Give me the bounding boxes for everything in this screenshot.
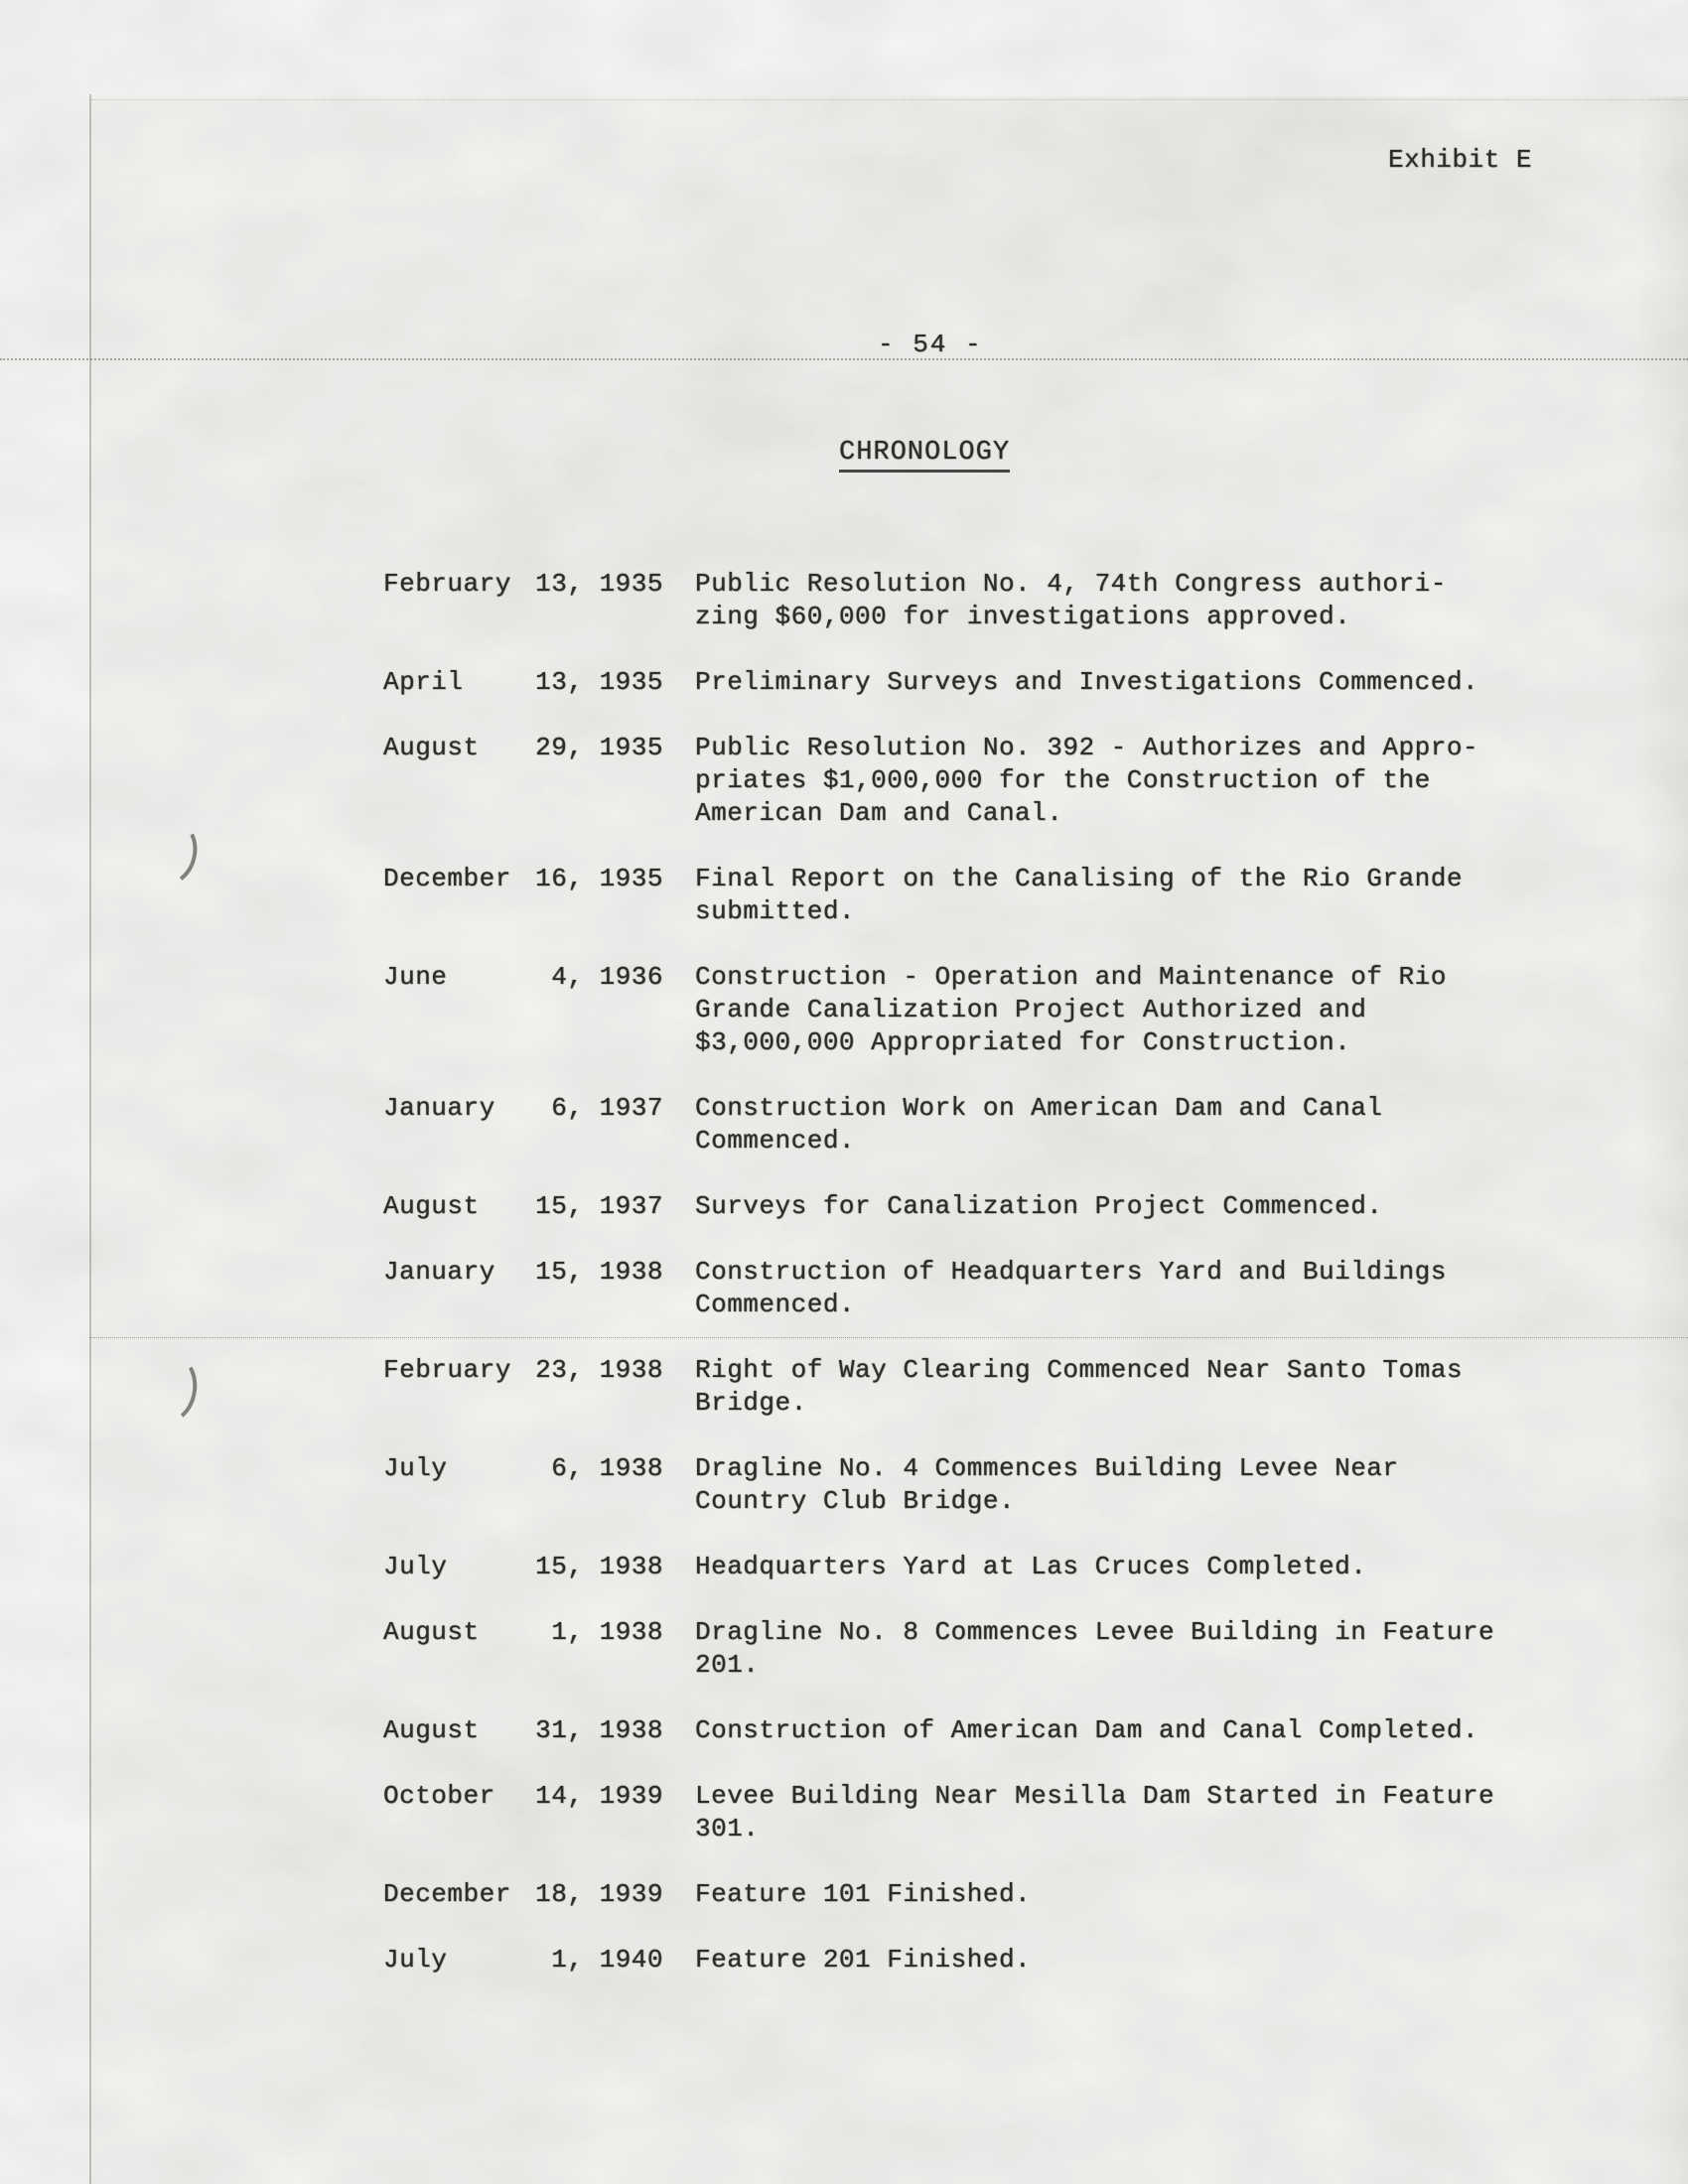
entry-day-year: 6, 1937: [532, 1092, 663, 1158]
entry-month: June: [383, 961, 532, 1059]
entry-month: April: [383, 666, 532, 699]
page-number: - 54 -: [878, 330, 983, 359]
entry-description-line: Construction of American Dam and Canal C…: [695, 1714, 1555, 1747]
entry-day-year: 18, 1939: [532, 1878, 663, 1911]
entry-day-year: 13, 1935: [532, 666, 663, 699]
entry-description: Levee Building Near Mesilla Dam Started …: [663, 1780, 1555, 1845]
entry-month: December: [383, 1878, 532, 1911]
entry-description-line: Feature 101 Finished.: [695, 1878, 1555, 1911]
entry-description-line: Construction of Headquarters Yard and Bu…: [695, 1256, 1555, 1289]
entry-description-line: Levee Building Near Mesilla Dam Started …: [695, 1780, 1555, 1813]
entry-description-line: priates $1,000,000 for the Construction …: [695, 764, 1555, 797]
entry-day-year: 29, 1935: [532, 732, 663, 830]
chronology-entry: October 14, 1939 Levee Building Near Mes…: [383, 1780, 1555, 1845]
punch-mark-top: [138, 815, 204, 891]
entry-month: February: [383, 568, 532, 633]
chronology-entry: July 1, 1940 Feature 201 Finished.: [383, 1944, 1555, 1977]
entry-day-year: 4, 1936: [532, 961, 663, 1059]
entry-day-year: 15, 1938: [532, 1256, 663, 1321]
entry-month: October: [383, 1780, 532, 1845]
entry-month: August: [383, 1714, 532, 1747]
chronology-entry: February 23, 1938 Right of Way Clearing …: [383, 1354, 1555, 1420]
entry-description-line: Construction - Operation and Maintenance…: [695, 961, 1555, 994]
entry-description-line: Public Resolution No. 4, 74th Congress a…: [695, 568, 1555, 601]
entry-description-line: 201.: [695, 1649, 1555, 1682]
entry-description-line: Surveys for Canalization Project Commenc…: [695, 1190, 1555, 1223]
page-title: CHRONOLOGY: [839, 438, 1010, 473]
chronology-entry: August 29, 1935 Public Resolution No. 39…: [383, 732, 1555, 830]
entry-description-line: Headquarters Yard at Las Cruces Complete…: [695, 1551, 1555, 1583]
entry-month: August: [383, 1616, 532, 1682]
entry-month: February: [383, 1354, 532, 1420]
entry-description-line: submitted.: [695, 895, 1555, 928]
entry-description: Feature 201 Finished.: [663, 1944, 1555, 1977]
entry-description-line: American Dam and Canal.: [695, 797, 1555, 830]
chronology-list: February 13, 1935 Public Resolution No. …: [383, 568, 1555, 2009]
chronology-entry: June 4, 1936 Construction - Operation an…: [383, 961, 1555, 1059]
entry-description-line: Public Resolution No. 392 - Authorizes a…: [695, 732, 1555, 764]
entry-day-year: 13, 1935: [532, 568, 663, 633]
entry-description: Public Resolution No. 4, 74th Congress a…: [663, 568, 1555, 633]
left-margin-line: [89, 94, 91, 2184]
scan-line-top: [91, 99, 1688, 100]
entry-day-year: 15, 1938: [532, 1551, 663, 1583]
scan-top-margin: [0, 0, 1688, 96]
entry-description: Final Report on the Canalising of the Ri…: [663, 863, 1555, 928]
entry-day-year: 1, 1938: [532, 1616, 663, 1682]
entry-description-line: Country Club Bridge.: [695, 1485, 1555, 1518]
entry-description: Construction Work on American Dam and Ca…: [663, 1092, 1555, 1158]
entry-description: Construction of American Dam and Canal C…: [663, 1714, 1555, 1747]
chronology-entry: December 16, 1935 Final Report on the Ca…: [383, 863, 1555, 928]
entry-day-year: 6, 1938: [532, 1452, 663, 1518]
entry-description-line: Commenced.: [695, 1289, 1555, 1321]
entry-month: July: [383, 1551, 532, 1583]
entry-description: Dragline No. 4 Commences Building Levee …: [663, 1452, 1555, 1518]
scan-left-margin: [0, 0, 89, 2184]
chronology-entry: April 13, 1935 Preliminary Surveys and I…: [383, 666, 1555, 699]
chronology-entry: December 18, 1939 Feature 101 Finished.: [383, 1878, 1555, 1911]
entry-description: Construction - Operation and Maintenance…: [663, 961, 1555, 1059]
entry-description-line: Right of Way Clearing Commenced Near San…: [695, 1354, 1555, 1387]
entry-description: Right of Way Clearing Commenced Near San…: [663, 1354, 1555, 1420]
entry-description: Feature 101 Finished.: [663, 1878, 1555, 1911]
entry-description-line: zing $60,000 for investigations approved…: [695, 601, 1555, 633]
entry-month: January: [383, 1092, 532, 1158]
entry-month: July: [383, 1944, 532, 1977]
chronology-entry: July 6, 1938 Dragline No. 4 Commences Bu…: [383, 1452, 1555, 1518]
entry-description: Surveys for Canalization Project Commenc…: [663, 1190, 1555, 1223]
entry-month: August: [383, 1190, 532, 1223]
entry-description-line: Dragline No. 4 Commences Building Levee …: [695, 1452, 1555, 1485]
entry-day-year: 31, 1938: [532, 1714, 663, 1747]
entry-month: December: [383, 863, 532, 928]
entry-day-year: 15, 1937: [532, 1190, 663, 1223]
entry-description: Headquarters Yard at Las Cruces Complete…: [663, 1551, 1555, 1583]
chronology-entry: February 13, 1935 Public Resolution No. …: [383, 568, 1555, 633]
scanned-page: Exhibit E - 54 - CHRONOLOGY February 13,…: [0, 0, 1688, 2184]
entry-description-line: Commenced.: [695, 1125, 1555, 1158]
entry-day-year: 16, 1935: [532, 863, 663, 928]
entry-description: Preliminary Surveys and Investigations C…: [663, 666, 1555, 699]
entry-description: Construction of Headquarters Yard and Bu…: [663, 1256, 1555, 1321]
entry-month: January: [383, 1256, 532, 1321]
entry-month: July: [383, 1452, 532, 1518]
punch-mark-bottom: [137, 1350, 202, 1428]
entry-description-line: Bridge.: [695, 1387, 1555, 1420]
entry-day-year: 1, 1940: [532, 1944, 663, 1977]
chronology-entry: July 15, 1938 Headquarters Yard at Las C…: [383, 1551, 1555, 1583]
entry-description-line: Construction Work on American Dam and Ca…: [695, 1092, 1555, 1125]
entry-day-year: 23, 1938: [532, 1354, 663, 1420]
entry-description-line: Final Report on the Canalising of the Ri…: [695, 863, 1555, 895]
chronology-entry: January 6, 1937 Construction Work on Ame…: [383, 1092, 1555, 1158]
scan-line-below-page-number: [0, 358, 1688, 360]
chronology-entry: August 31, 1938 Construction of American…: [383, 1714, 1555, 1747]
exhibit-label: Exhibit E: [1388, 145, 1532, 175]
chronology-entry: January 15, 1938 Construction of Headqua…: [383, 1256, 1555, 1321]
entry-description: Public Resolution No. 392 - Authorizes a…: [663, 732, 1555, 830]
entry-description-line: $3,000,000 Appropriated for Construction…: [695, 1026, 1555, 1059]
entry-description-line: Dragline No. 8 Commences Levee Building …: [695, 1616, 1555, 1649]
chronology-entry: August 15, 1937 Surveys for Canalization…: [383, 1190, 1555, 1223]
entry-description-line: Preliminary Surveys and Investigations C…: [695, 666, 1555, 699]
entry-description: Dragline No. 8 Commences Levee Building …: [663, 1616, 1555, 1682]
chronology-entry: August 1, 1938 Dragline No. 8 Commences …: [383, 1616, 1555, 1682]
entry-day-year: 14, 1939: [532, 1780, 663, 1845]
entry-month: August: [383, 732, 532, 830]
entry-description-line: Grande Canalization Project Authorized a…: [695, 994, 1555, 1026]
entry-description-line: Feature 201 Finished.: [695, 1944, 1555, 1977]
entry-description-line: 301.: [695, 1813, 1555, 1845]
